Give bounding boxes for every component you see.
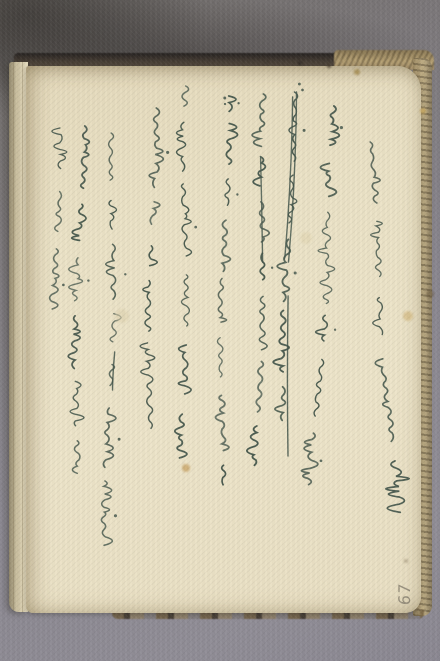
photo-backdrop-felt: 67 [0,0,440,661]
notebook-page [26,66,421,613]
page-number-pencil: 67 [390,578,420,611]
notebook: 67 [0,0,440,661]
